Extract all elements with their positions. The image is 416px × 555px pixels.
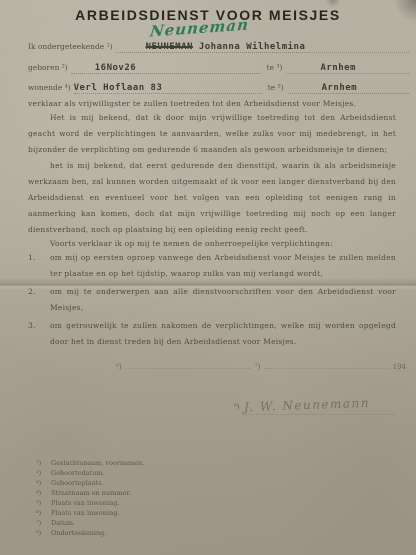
date-blank-line xyxy=(264,360,389,369)
signature-marker: ⁸) xyxy=(230,403,244,411)
given-names-value: Johanna Wilhelmina xyxy=(199,42,306,52)
document-photo: ARBEIDSDIENST VOOR MEISJES Neuneman Ik o… xyxy=(0,0,416,555)
birthplace-value: Arnhem xyxy=(286,63,356,73)
footnote-marker: ³) xyxy=(36,478,51,488)
birthplace-field-line: Arnhem xyxy=(286,63,409,74)
service-terms-paragraph: het is mij bekend, dat eerst gedurende d… xyxy=(28,158,396,238)
footnote-marker: ⁶) xyxy=(36,508,51,518)
footnote-item: ¹)Geslachtsnaam, voornamen. xyxy=(36,458,144,468)
list-item-number: 3. xyxy=(28,318,50,350)
footnote-text: Geslachtsnaam, voornamen. xyxy=(51,458,144,468)
list-item: 3. om getrouwelijk te zullen nakomen de … xyxy=(28,318,396,350)
footnote-marker: ⁷) xyxy=(36,518,51,528)
list-item-text: om getrouwelijk te zullen nakomen de ver… xyxy=(50,318,396,350)
obligation-paragraph: Het is mij bekend, dat ik door mijn vrij… xyxy=(28,110,396,158)
place-blank-line xyxy=(126,360,251,369)
street-value: Verl Hoflaan 83 xyxy=(74,83,163,93)
pencil-signature: J. W. Neunemann xyxy=(243,396,369,414)
footnote-item: ²)Geboortedatum. xyxy=(36,468,144,478)
form-header-fields: Ik ondergeteekende ¹) NEUNEMAN Johanna W… xyxy=(28,42,409,104)
footnotes-list: ¹)Geslachtsnaam, voornamen. ²)Geboorteda… xyxy=(36,458,144,538)
street-field-line: Verl Hoflaan 83 xyxy=(74,83,262,94)
footnote-marker: ⁴) xyxy=(36,488,51,498)
footnote-text: Geboorteplaats. xyxy=(51,478,104,488)
struck-surname-value: NEUNEMAN xyxy=(146,42,193,52)
obligations-list: 1. om mij op eersten oproep vanwege den … xyxy=(28,250,396,350)
birthplace-field-label: te ³) xyxy=(261,63,287,72)
place-and-date-line: ⁶) ⁷) 194 xyxy=(112,360,406,371)
place-marker: ⁶) xyxy=(112,363,126,371)
footnote-text: Plaats van inwoning. xyxy=(51,498,119,508)
form-line-name: Ik ondergeteekende ¹) NEUNEMAN Johanna W… xyxy=(28,42,409,63)
birth-field-label: geboren ²) xyxy=(28,63,71,72)
name-field-label: Ik ondergeteekende ¹) xyxy=(28,42,116,51)
footnote-item: ⁷)Datum. xyxy=(36,518,144,528)
residence-field-label: te ⁵) xyxy=(262,83,288,92)
birthdate-value: 16Nov26 xyxy=(71,63,136,73)
footnote-item: ⁴)Straatnaam en nummer. xyxy=(36,488,144,498)
footnote-marker: ⁸) xyxy=(36,528,51,538)
birthdate-field-line: 16Nov26 xyxy=(71,63,261,74)
residence-field-line: Arnhem xyxy=(288,83,409,94)
address-field-label: wonende ⁴) xyxy=(28,83,74,92)
signature-line: J. W. Neunemann xyxy=(244,398,395,415)
footnote-marker: ²) xyxy=(36,468,51,478)
footnote-text: Plaats van inwoning. xyxy=(51,508,119,518)
name-field-line: NEUNEMAN Johanna Wilhelmina xyxy=(116,42,409,53)
footnote-marker: ⁵) xyxy=(36,498,51,508)
footnote-item: ⁵)Plaats van inwoning. xyxy=(36,498,144,508)
footnote-marker: ¹) xyxy=(36,458,51,468)
footnote-item: ³)Geboorteplaats. xyxy=(36,478,144,488)
paper-fold-crease xyxy=(0,278,416,290)
form-line-birth: geboren ²) 16Nov26 te ³) Arnhem xyxy=(28,63,409,84)
date-marker: ⁷) xyxy=(251,363,265,371)
footnote-item: ⁶)Plaats van inwoning. xyxy=(36,508,144,518)
footnote-item: ⁸)Onderteekening. xyxy=(36,528,144,538)
signature-block: ⁸) J. W. Neunemann xyxy=(230,398,395,415)
footnote-text: Datum. xyxy=(51,518,75,528)
residence-value: Arnhem xyxy=(288,83,358,93)
footnote-text: Straatnaam en nummer. xyxy=(51,488,131,498)
year-stub: 194 xyxy=(390,363,406,371)
footnote-text: Onderteekening. xyxy=(51,528,106,538)
footnote-text: Geboortedatum. xyxy=(51,468,105,478)
